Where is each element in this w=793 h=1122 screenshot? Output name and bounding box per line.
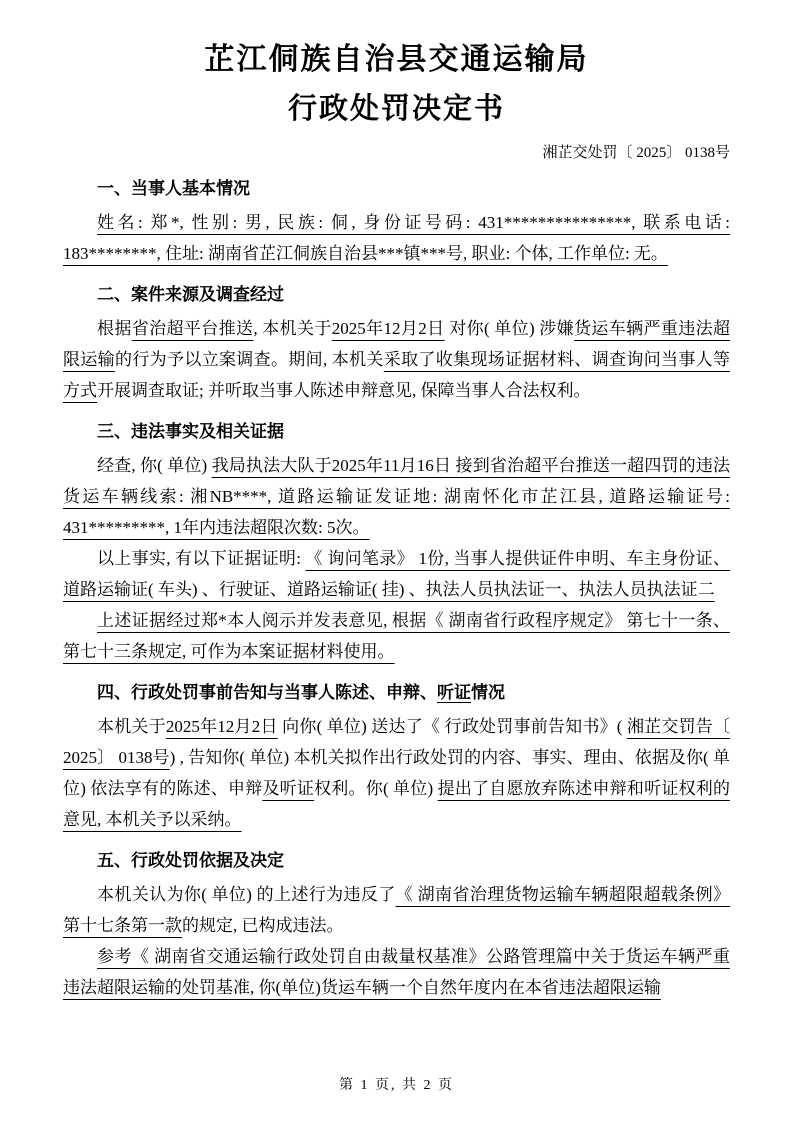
template-text: 四、行政处罚事前告知与当事人陈述、申辩、 xyxy=(97,683,437,702)
template-text: 以上事实, 有以下证据证明: xyxy=(97,549,305,568)
filled-field-text: 上述证据经过郑*本人阅示并发表意见, 根据《 湖南省行政程序规定》 第七十一条、… xyxy=(63,611,730,661)
page-footer: 第 1 页, 共 2 页 xyxy=(0,1074,793,1094)
paragraph: 上述证据经过郑*本人阅示并发表意见, 根据《 湖南省行政程序规定》 第七十一条、… xyxy=(63,605,730,667)
document-title-line1: 芷江侗族自治县交通运输局 xyxy=(63,38,730,82)
template-text: 权利。你( 单位) xyxy=(314,779,438,798)
paragraph: 根据省治超平台推送, 本机关于2025年12月2日 对你( 单位) 涉嫌货运车辆… xyxy=(63,313,730,406)
page-content: 芷江侗族自治县交通运输局 行政处罚决定书 湘芷交处罚〔 2025〕 0138号 … xyxy=(0,0,793,1003)
section-heading: 五、行政处罚依据及决定 xyxy=(63,849,730,873)
filled-field-text: 参考《 湖南省交通运输行政处罚自由裁量权基准》公路管理篇中关于货运车辆严重违法超… xyxy=(63,947,730,997)
paragraph: 本机关于2025年12月2日 向你( 单位) 送达了《 行政处罚事前告知书》( … xyxy=(63,711,730,835)
paragraph: 本机关认为你( 单位) 的上述行为违反了《 湖南省治理货物运输车辆超限超载条例》… xyxy=(63,879,730,941)
template-text: 的规定, 已构成违法。 xyxy=(182,916,344,935)
paragraph: 姓名: 郑*, 性别: 男, 民族: 侗, 身份证号码: 431********… xyxy=(63,207,730,269)
filled-field-text: 省治超平台推送 xyxy=(132,319,254,338)
filled-field-text: 姓名: 郑*, 性别: 男, 民族: 侗, 身份证号码: 431********… xyxy=(63,213,730,263)
filled-field-text: 听证 xyxy=(437,683,471,702)
template-text: 对你( 单位) 涉嫌 xyxy=(445,319,574,338)
paragraph: 经查, 你( 单位) 我局执法大队于2025年11月16日 接到省治超平台推送一… xyxy=(63,450,730,543)
template-text: 经查, 你( 单位) xyxy=(97,456,212,475)
document-number: 湘芷交处罚〔 2025〕 0138号 xyxy=(63,143,730,163)
paragraph: 以上事实, 有以下证据证明: 《 询问笔录》 1份, 当事人提供证件申明、车主身… xyxy=(63,543,730,605)
document-title-line2: 行政处罚决定书 xyxy=(63,87,730,131)
template-text: 根据 xyxy=(97,319,132,338)
penalty-decision-page: 芷江侗族自治县交通运输局 行政处罚决定书 湘芷交处罚〔 2025〕 0138号 … xyxy=(0,0,793,1122)
filled-field-text: 及听证 xyxy=(262,779,314,798)
filled-field-text: 2025年12月2日 xyxy=(332,319,445,338)
template-text: 向你( 单位) 送达了《 行政处罚事前告知书》( xyxy=(278,717,627,736)
template-text: , 本机关于 xyxy=(253,319,331,338)
template-text: 五、行政处罚依据及决定 xyxy=(97,851,284,870)
template-text: 三、违法事实及相关证据 xyxy=(97,422,284,441)
section-heading: 一、当事人基本情况 xyxy=(63,177,730,201)
template-text: 本机关认为你( 单位) 的上述行为违反了 xyxy=(97,885,396,904)
template-text: 开展调查取证; 并听取当事人陈述申辩意见, 保障当事人合法权利。 xyxy=(97,381,590,400)
document-body: 一、当事人基本情况姓名: 郑*, 性别: 男, 民族: 侗, 身份证号码: 43… xyxy=(63,177,730,1003)
document-header: 芷江侗族自治县交通运输局 行政处罚决定书 湘芷交处罚〔 2025〕 0138号 xyxy=(63,38,730,163)
template-text: 情况 xyxy=(471,683,505,702)
template-text: 本机关于 xyxy=(97,717,166,736)
paragraph: 参考《 湖南省交通运输行政处罚自由裁量权基准》公路管理篇中关于货运车辆严重违法超… xyxy=(63,941,730,1003)
template-text: 二、案件来源及调查经过 xyxy=(97,285,284,304)
filled-field-text: 2025年12月2日 xyxy=(166,717,278,736)
section-heading: 四、行政处罚事前告知与当事人陈述、申辩、听证情况 xyxy=(63,681,730,705)
template-text: 一、当事人基本情况 xyxy=(97,179,250,198)
template-text: 的行为予以立案调查。期间, 本机关 xyxy=(115,350,384,369)
section-heading: 二、案件来源及调查经过 xyxy=(63,283,730,307)
section-heading: 三、违法事实及相关证据 xyxy=(63,420,730,444)
